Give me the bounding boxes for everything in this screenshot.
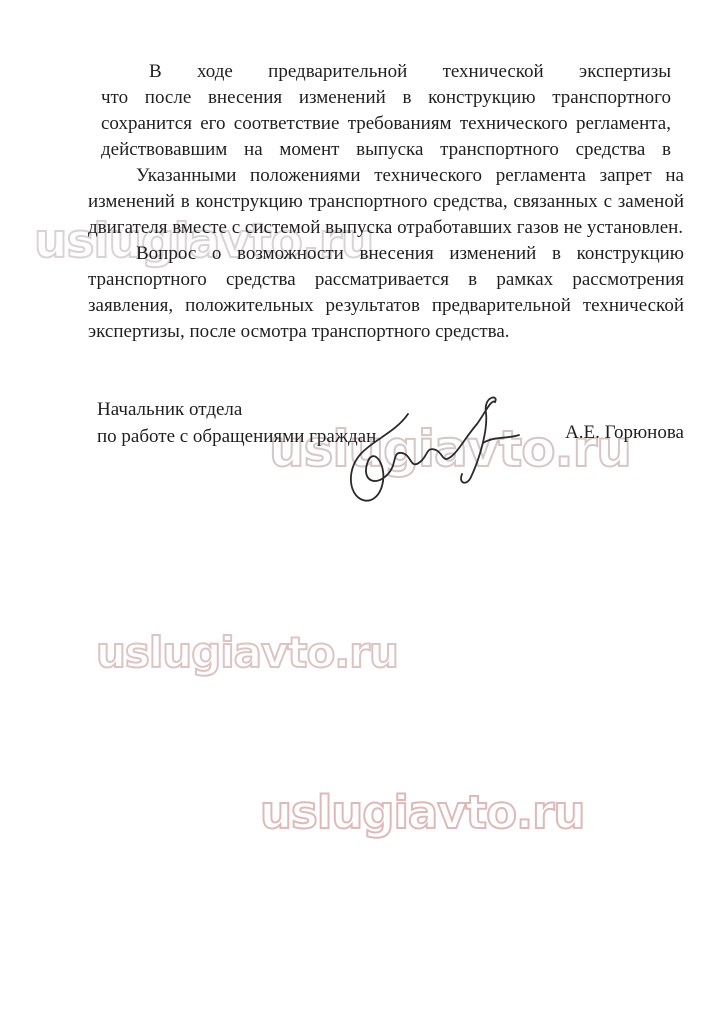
paragraph-line: В ходе предварительной технической экспе… <box>101 59 671 85</box>
paragraph-1: В ходе предварительной технической экспе… <box>88 59 684 163</box>
signer-name: А.Е. Горюнова <box>565 422 684 444</box>
paragraph-line: заявления, положительных результатов пре… <box>88 293 684 319</box>
paragraph-line: сохранится его соответствие требованиям … <box>101 111 671 137</box>
paragraph-line: изменений в конструкцию транспортного ср… <box>88 189 684 215</box>
paragraph-line: Указанными положениями технического регл… <box>88 163 684 189</box>
paragraph-line: транспортного средства рассматривается в… <box>88 267 684 293</box>
paragraph-line: двигателя вместе с системой выпуска отра… <box>88 215 684 241</box>
signature-ink <box>318 386 540 518</box>
watermark-uslugiavto: uslugiavto.ru <box>260 790 584 835</box>
letter-body: В ходе предварительной технической экспе… <box>88 59 684 345</box>
paragraph-line: экспертизы, после осмотра транспортного … <box>88 319 684 345</box>
paragraph-line: что после внесения изменений в конструкц… <box>101 85 671 111</box>
paragraph-3: Вопрос о возможности внесения изменений … <box>88 241 684 345</box>
paragraph-line: действовавшим на момент выпуска транспор… <box>101 137 671 163</box>
paragraph-2: Указанными положениями технического регл… <box>88 163 684 241</box>
paragraph-line: Вопрос о возможности внесения изменений … <box>88 241 684 267</box>
watermark-uslugiavto: uslugiavto.ru <box>96 632 398 674</box>
document-page: uslugiavto.ru uslugiavto.ru uslugiavto.r… <box>0 0 709 1024</box>
